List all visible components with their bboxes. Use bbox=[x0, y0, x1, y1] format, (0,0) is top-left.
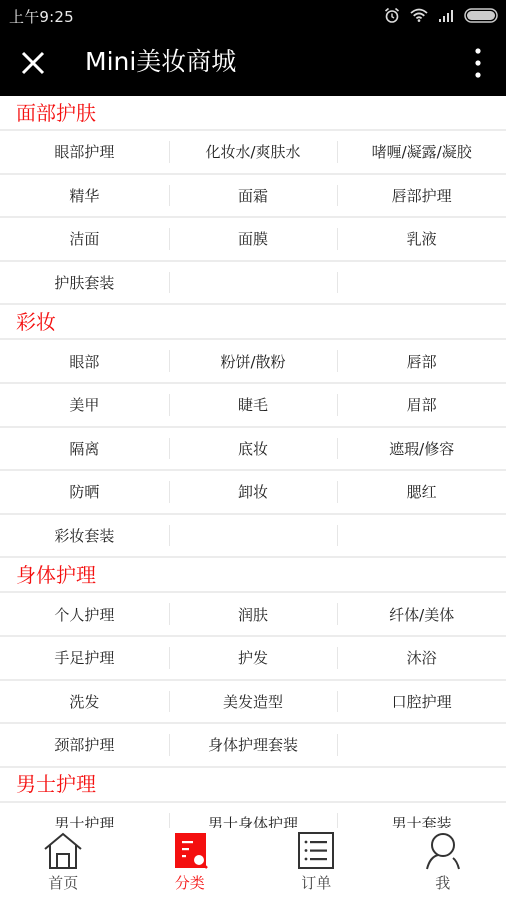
section-header-body-care: 身体护理 bbox=[0, 558, 506, 593]
section-title: 彩妆 bbox=[16, 310, 56, 334]
category-row: 美甲 睫毛 眉部 bbox=[0, 384, 506, 428]
category-item[interactable]: 润肤 bbox=[169, 593, 338, 635]
category-item[interactable]: 腮红 bbox=[337, 471, 506, 513]
category-item[interactable]: 化妆水/爽肤水 bbox=[169, 131, 338, 173]
nav-category[interactable]: 分类 bbox=[127, 828, 254, 900]
category-row: 隔离 底妆 遮瑕/修容 bbox=[0, 428, 506, 472]
category-item[interactable]: 防晒 bbox=[0, 471, 169, 513]
category-row: 护肤套装 bbox=[0, 262, 506, 306]
section-title: 身体护理 bbox=[16, 563, 96, 587]
category-row: 洗发 美发造型 口腔护理 bbox=[0, 681, 506, 725]
empty-cell bbox=[169, 515, 338, 557]
category-item[interactable]: 颈部护理 bbox=[0, 724, 169, 766]
category-item[interactable]: 身体护理套装 bbox=[169, 724, 338, 766]
empty-cell bbox=[337, 515, 506, 557]
category-row: 手足护理 护发 沐浴 bbox=[0, 637, 506, 681]
category-row: 个人护理 润肤 纤体/美体 bbox=[0, 593, 506, 637]
category-item[interactable]: 唇部 bbox=[337, 340, 506, 382]
category-item[interactable]: 卸妆 bbox=[169, 471, 338, 513]
nav-label: 分类 bbox=[175, 874, 205, 892]
category-item[interactable]: 男士套装 bbox=[337, 803, 506, 828]
category-item[interactable]: 面膜 bbox=[169, 218, 338, 260]
category-row: 眼部护理 化妆水/爽肤水 啫喱/凝露/凝胶 bbox=[0, 131, 506, 175]
title-bar: Mini美妆商城 bbox=[0, 30, 506, 96]
section-header-makeup: 彩妆 bbox=[0, 305, 506, 340]
category-item[interactable]: 底妆 bbox=[169, 428, 338, 470]
category-row: 精华 面霜 唇部护理 bbox=[0, 175, 506, 219]
wifi-icon bbox=[410, 8, 428, 22]
category-item[interactable]: 眉部 bbox=[337, 384, 506, 426]
category-item[interactable]: 男士身体护理 bbox=[169, 803, 338, 828]
close-button[interactable] bbox=[19, 49, 47, 77]
category-item[interactable]: 个人护理 bbox=[0, 593, 169, 635]
category-row: 洁面 面膜 乳液 bbox=[0, 218, 506, 262]
user-icon bbox=[423, 832, 463, 870]
close-icon bbox=[19, 49, 47, 77]
nav-label: 订单 bbox=[301, 874, 331, 892]
section-title: 男士护理 bbox=[16, 772, 96, 796]
nav-label: 首页 bbox=[48, 874, 78, 892]
nav-home[interactable]: 首页 bbox=[0, 828, 127, 900]
category-item[interactable]: 睫毛 bbox=[169, 384, 338, 426]
category-item[interactable]: 口腔护理 bbox=[337, 681, 506, 723]
category-item[interactable]: 乳液 bbox=[337, 218, 506, 260]
category-item[interactable]: 精华 bbox=[0, 175, 169, 217]
nav-orders[interactable]: 订单 bbox=[253, 828, 380, 900]
battery-icon bbox=[464, 8, 498, 23]
status-bar: 上午9:25 bbox=[0, 0, 506, 30]
category-item[interactable]: 唇部护理 bbox=[337, 175, 506, 217]
category-row: 防晒 卸妆 腮红 bbox=[0, 471, 506, 515]
signal-icon bbox=[438, 9, 454, 22]
category-row: 颈部护理 身体护理套装 bbox=[0, 724, 506, 768]
order-list-icon bbox=[296, 832, 336, 870]
category-item[interactable]: 男士护理 bbox=[0, 803, 169, 828]
nav-me[interactable]: 我 bbox=[380, 828, 506, 900]
status-time: 上午9:25 bbox=[9, 6, 74, 27]
category-item[interactable]: 美甲 bbox=[0, 384, 169, 426]
category-item[interactable]: 护发 bbox=[169, 637, 338, 679]
section-header-face-care: 面部护肤 bbox=[0, 96, 506, 131]
section-header-men-care: 男士护理 bbox=[0, 768, 506, 803]
more-vertical-icon bbox=[472, 45, 484, 81]
category-row: 彩妆套装 bbox=[0, 515, 506, 559]
category-item[interactable]: 面霜 bbox=[169, 175, 338, 217]
category-item[interactable]: 护肤套装 bbox=[0, 262, 169, 304]
empty-cell bbox=[169, 262, 338, 304]
category-item[interactable]: 手足护理 bbox=[0, 637, 169, 679]
more-options-button[interactable] bbox=[472, 45, 484, 81]
category-item[interactable]: 隔离 bbox=[0, 428, 169, 470]
nav-label: 我 bbox=[435, 874, 450, 892]
category-item[interactable]: 美发造型 bbox=[169, 681, 338, 723]
bottom-nav: 首页 分类 订单 我 bbox=[0, 828, 506, 900]
category-item[interactable]: 遮瑕/修容 bbox=[337, 428, 506, 470]
category-item[interactable]: 眼部 bbox=[0, 340, 169, 382]
category-item[interactable]: 眼部护理 bbox=[0, 131, 169, 173]
empty-cell bbox=[337, 262, 506, 304]
section-title: 面部护肤 bbox=[16, 101, 96, 125]
home-icon bbox=[43, 832, 83, 870]
empty-cell bbox=[337, 724, 506, 766]
category-row: 眼部 粉饼/散粉 唇部 bbox=[0, 340, 506, 384]
category-list[interactable]: 面部护肤 眼部护理 化妆水/爽肤水 啫喱/凝露/凝胶 精华 面霜 唇部护理 洁面… bbox=[0, 96, 506, 828]
page-title: Mini美妆商城 bbox=[85, 47, 236, 77]
category-item[interactable]: 洁面 bbox=[0, 218, 169, 260]
alarm-icon bbox=[384, 7, 400, 24]
category-row: 男士护理 男士身体护理 男士套装 bbox=[0, 803, 506, 828]
category-item[interactable]: 纤体/美体 bbox=[337, 593, 506, 635]
category-item[interactable]: 沐浴 bbox=[337, 637, 506, 679]
category-search-icon bbox=[170, 832, 210, 870]
category-item[interactable]: 彩妆套装 bbox=[0, 515, 169, 557]
category-item[interactable]: 洗发 bbox=[0, 681, 169, 723]
category-item[interactable]: 粉饼/散粉 bbox=[169, 340, 338, 382]
status-icons bbox=[384, 6, 498, 24]
category-item[interactable]: 啫喱/凝露/凝胶 bbox=[337, 131, 506, 173]
